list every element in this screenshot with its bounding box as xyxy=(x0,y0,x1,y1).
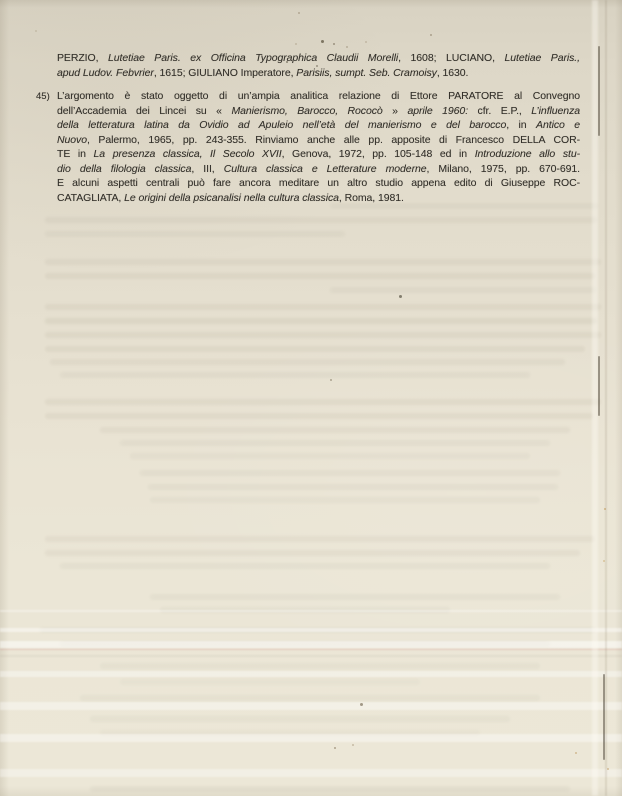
footnote-number: 45) xyxy=(36,92,50,102)
italic-text-segment: Lutetiae Paris., xyxy=(505,52,580,64)
printed-text-layer: PERZIO, Lutetiae Paris. ex Officina Typo… xyxy=(0,0,622,796)
text-segment: , III, xyxy=(191,163,223,175)
text-line: dell’Accademia dei Lincei su « Manierism… xyxy=(57,104,580,119)
text-line: CATAGLIATA, Le origini della psicanalisi… xyxy=(57,191,580,206)
text-segment: » xyxy=(383,105,408,117)
italic-text-segment: Lutetiae Paris. ex Officina Typographica… xyxy=(108,52,398,64)
italic-text-segment: Cultura classica e Letterature moderne xyxy=(224,163,427,175)
text-segment: PERZIO, xyxy=(57,52,108,64)
text-line: della letteratura latina da Ovidio ad Ap… xyxy=(57,118,580,133)
italic-text-segment: Antico e xyxy=(536,119,580,131)
text-segment: , 1615; GIULIANO Imperatore, xyxy=(154,67,296,79)
text-line: dio della filologia classica, III, Cultu… xyxy=(57,162,580,177)
italic-text-segment: L’influenza xyxy=(531,105,580,117)
text-line: TE in La presenza classica, Il Secolo XV… xyxy=(57,147,580,162)
text-segment: , Roma, 1981. xyxy=(339,192,404,204)
text-segment: , Genova, 1972, pp. 105-148 ed in xyxy=(282,148,475,160)
italic-text-segment: della letteratura latina da Ovidio ad Ap… xyxy=(57,119,506,131)
italic-text-segment: aprile 1960: xyxy=(407,105,468,117)
italic-text-segment: La presenza classica, Il Secolo XVII xyxy=(94,148,282,160)
text-segment: CATAGLIATA, xyxy=(57,192,124,204)
text-segment: L’argomento è stato oggetto di un’ampia … xyxy=(57,90,580,102)
text-line: PERZIO, Lutetiae Paris. ex Officina Typo… xyxy=(57,51,580,66)
text-segment: , Milano, 1975, pp. 670-691. xyxy=(427,163,580,175)
italic-text-segment: apud Ludov. Febvrier xyxy=(57,67,154,79)
text-segment: , 1608; LUCIANO, xyxy=(398,52,504,64)
text-segment: , in xyxy=(506,119,536,131)
footnote-45-text: L’argomento è stato oggetto di un’ampia … xyxy=(57,89,580,205)
text-line: L’argomento è stato oggetto di un’ampia … xyxy=(57,89,580,104)
italic-text-segment: Introduzione allo stu- xyxy=(475,148,580,160)
text-line: E alcuni aspetti centrali può fare ancor… xyxy=(57,176,580,191)
italic-text-segment: Le origini della psicanalisi nella cultu… xyxy=(124,192,339,204)
text-segment: , Palermo, 1965, pp. 243-355. Rinviamo a… xyxy=(87,134,580,146)
bibliography-paragraph: PERZIO, Lutetiae Paris. ex Officina Typo… xyxy=(57,51,580,80)
text-segment: dell’Accademia dei Lincei su « xyxy=(57,105,231,117)
italic-text-segment: Manierismo, Barocco, Rococò xyxy=(231,105,382,117)
book-page: PERZIO, Lutetiae Paris. ex Officina Typo… xyxy=(0,0,622,796)
text-segment: , 1630. xyxy=(437,67,469,79)
italic-text-segment: Nuovo xyxy=(57,134,87,146)
italic-text-segment: Parisiis, sumpt. Seb. Cramoisy xyxy=(296,67,437,79)
text-segment: E alcuni aspetti centrali può fare ancor… xyxy=(57,177,580,189)
text-line: apud Ludov. Febvrier, 1615; GIULIANO Imp… xyxy=(57,66,580,81)
text-segment: TE in xyxy=(57,148,94,160)
italic-text-segment: dio della filologia classica xyxy=(57,163,191,175)
text-line: Nuovo, Palermo, 1965, pp. 243-355. Rinvi… xyxy=(57,133,580,148)
text-segment: cfr. E.P., xyxy=(468,105,531,117)
